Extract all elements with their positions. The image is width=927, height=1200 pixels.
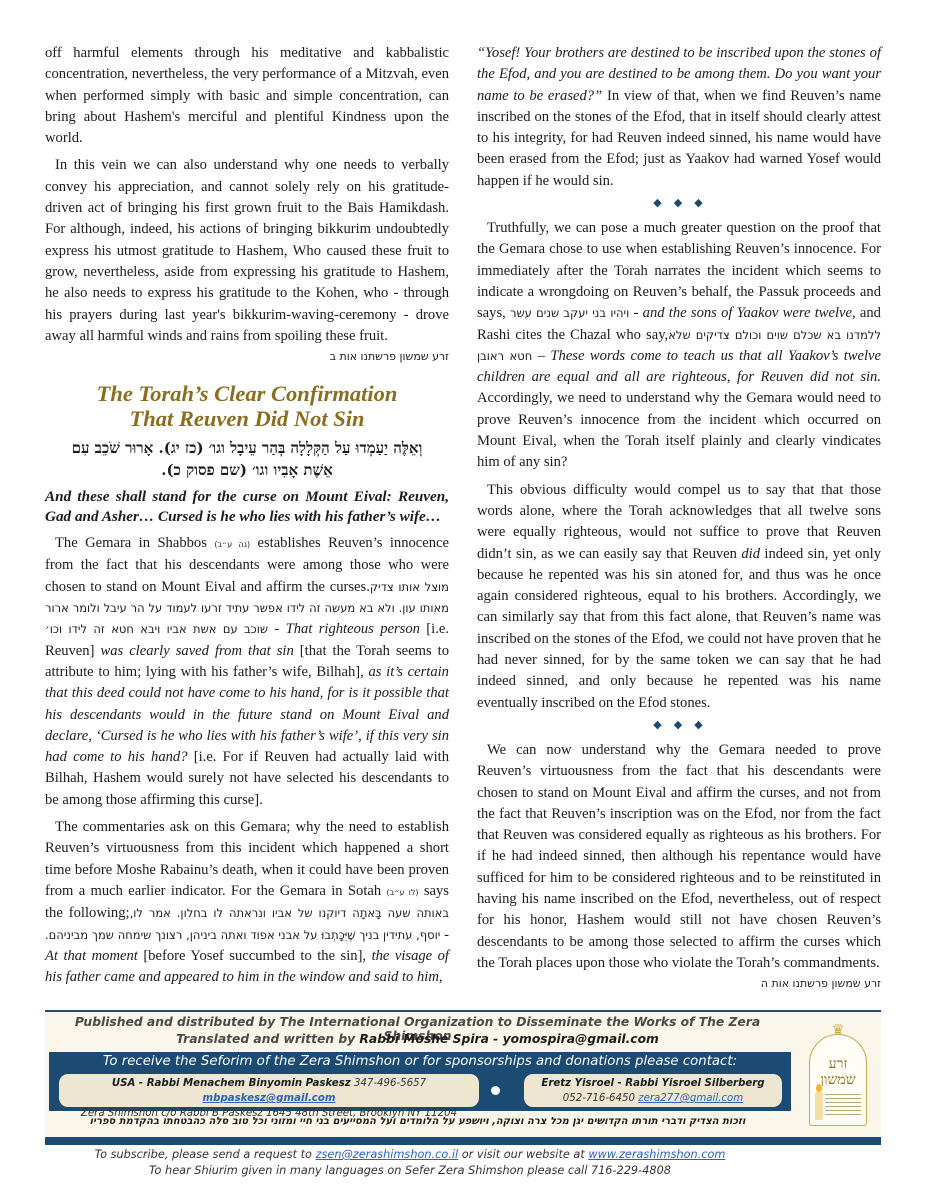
paragraph: “Yosef! Your brothers are destined to be… xyxy=(477,43,881,192)
shiurim-line: To hear Shiurim given in many languages … xyxy=(60,1163,760,1179)
footer-bar xyxy=(45,1137,881,1145)
contact-name: Eretz Yisroel - Rabbi Yisroel Silberberg xyxy=(524,1076,782,1091)
hebrew-verse: וְאֵלֶּה יַעַמְדוּ עַל הַקְּלָלָה בְּהַר… xyxy=(45,437,449,481)
text: - xyxy=(440,927,449,943)
text: - xyxy=(268,621,286,637)
usa-contact-line: USA - Rabbi Menachem Binyomin Paskesz 34… xyxy=(59,1076,479,1106)
translated-by-line: Translated and written by Rabbi Moshe Sp… xyxy=(45,1032,790,1046)
usa-contact: USA - Rabbi Menachem Binyomin Paskesz 34… xyxy=(59,1074,479,1107)
section-title-line: The Torah’s Clear Confirmation xyxy=(45,381,449,406)
contact-band: To receive the Seforim of the Zera Shims… xyxy=(49,1052,791,1111)
usa-email-link[interactable]: mbpaskesz@gmail.com xyxy=(203,1093,336,1104)
text: The Gemara in Shabbos xyxy=(55,535,214,551)
source-citation: זרע שמשון פרשתנו אות ב xyxy=(45,349,449,365)
text: Accordingly, we need to understand why t… xyxy=(477,390,881,470)
section-title: The Torah’s Clear Confirmation That Reuv… xyxy=(45,381,449,431)
italic-text: was clearly saved from that sin xyxy=(100,643,293,659)
candle-icon xyxy=(815,1092,823,1120)
logo-text-lines xyxy=(825,1094,861,1116)
israel-email-link[interactable]: zera277@gmail.com xyxy=(638,1093,743,1104)
left-column: off harmful elements through his meditat… xyxy=(45,43,449,994)
text: – xyxy=(532,348,550,364)
diamond-divider-icon: ◆◆◆ xyxy=(487,718,881,732)
contact-name: USA - Rabbi Menachem Binyomin Paskesz xyxy=(112,1078,351,1089)
paragraph: Truthfully, we can pose a much greater q… xyxy=(477,218,881,474)
source-citation: זרע שמשון פרשתנו אות ה xyxy=(477,976,881,992)
subscribe-line: To subscribe, please send a request to z… xyxy=(60,1147,760,1163)
logo-title-line: זרע xyxy=(809,1056,867,1072)
subscribe-email-link[interactable]: zsen@zerashimshon.co.il xyxy=(316,1148,459,1161)
text: - xyxy=(629,305,642,321)
text: or visit our website at xyxy=(458,1148,588,1161)
zera-shimshon-book-logo: ♛ זרע שמשון xyxy=(803,1020,873,1134)
author-name: Rabbi Moshe Spira - yomospira@gmail.com xyxy=(359,1032,658,1046)
paragraph: The commentaries ask on this Gemara; why… xyxy=(45,817,449,988)
verse-translation: And these shall stand for the curse on M… xyxy=(45,487,449,527)
section-title-line: That Reuven Did Not Sin xyxy=(45,406,449,431)
separator-dot-icon xyxy=(491,1086,500,1095)
hebrew-verse-line: אֵשֶׁת אָבִיו וגו׳ (שם פסוק כ). xyxy=(45,459,449,481)
hebrew-reference: (לו ע״ב) xyxy=(387,888,419,897)
italic-text: At that moment xyxy=(45,948,138,964)
paragraph: We can now understand why the Gemara nee… xyxy=(477,740,881,974)
text: To subscribe, please send a request to xyxy=(95,1148,316,1161)
website-link[interactable]: www.zerashimshon.com xyxy=(588,1148,725,1161)
dedication-text: וזכות הצדיק ודברי תורתו הקדושים יגן מכל … xyxy=(45,1116,790,1127)
newsletter-page: off harmful elements through his meditat… xyxy=(0,0,927,1200)
paragraph: In this vein we can also understand why … xyxy=(45,155,449,347)
paragraph: The Gemara in Shabbos (נה ע״ב) establish… xyxy=(45,533,449,811)
text: Translated and written by xyxy=(176,1032,359,1046)
paragraph: off harmful elements through his meditat… xyxy=(45,43,449,149)
hebrew-reference: (נה ע״ב) xyxy=(214,540,250,549)
publisher-footer: Published and distributed by The Interna… xyxy=(45,1010,881,1138)
right-column: “Yosef! Your brothers are destined to be… xyxy=(477,43,881,1000)
italic-text: That righteous person xyxy=(286,621,420,637)
text: [before Yosef succumbed to the sin], xyxy=(138,948,372,964)
paragraph: This obvious difficulty would compel us … xyxy=(477,480,881,714)
subscribe-info: To subscribe, please send a request to z… xyxy=(60,1147,760,1179)
phone-number: 052-716-6450 xyxy=(563,1093,638,1104)
hebrew-quote: ויהיו בני יעקב שנים עשר xyxy=(510,306,629,320)
israel-contact: Eretz Yisroel - Rabbi Yisroel Silberberg… xyxy=(524,1074,782,1107)
israel-contact-line: 052-716-6450 zera277@gmail.com xyxy=(524,1091,782,1106)
crown-icon: ♛ xyxy=(827,1022,849,1039)
italic-text: did xyxy=(741,546,760,562)
italic-text: and the sons of Yaakov were twelve, xyxy=(643,305,856,321)
hebrew-verse-line: וְאֵלֶּה יַעַמְדוּ עַל הַקְּלָלָה בְּהַר… xyxy=(45,437,449,459)
contact-band-title: To receive the Seforim of the Zera Shims… xyxy=(49,1054,791,1069)
phone-number: 347-496-5657 xyxy=(351,1078,426,1089)
flame-icon xyxy=(816,1084,822,1092)
text: indeed sin, yet only because he repented… xyxy=(477,546,881,711)
diamond-divider-icon: ◆◆◆ xyxy=(487,196,881,210)
